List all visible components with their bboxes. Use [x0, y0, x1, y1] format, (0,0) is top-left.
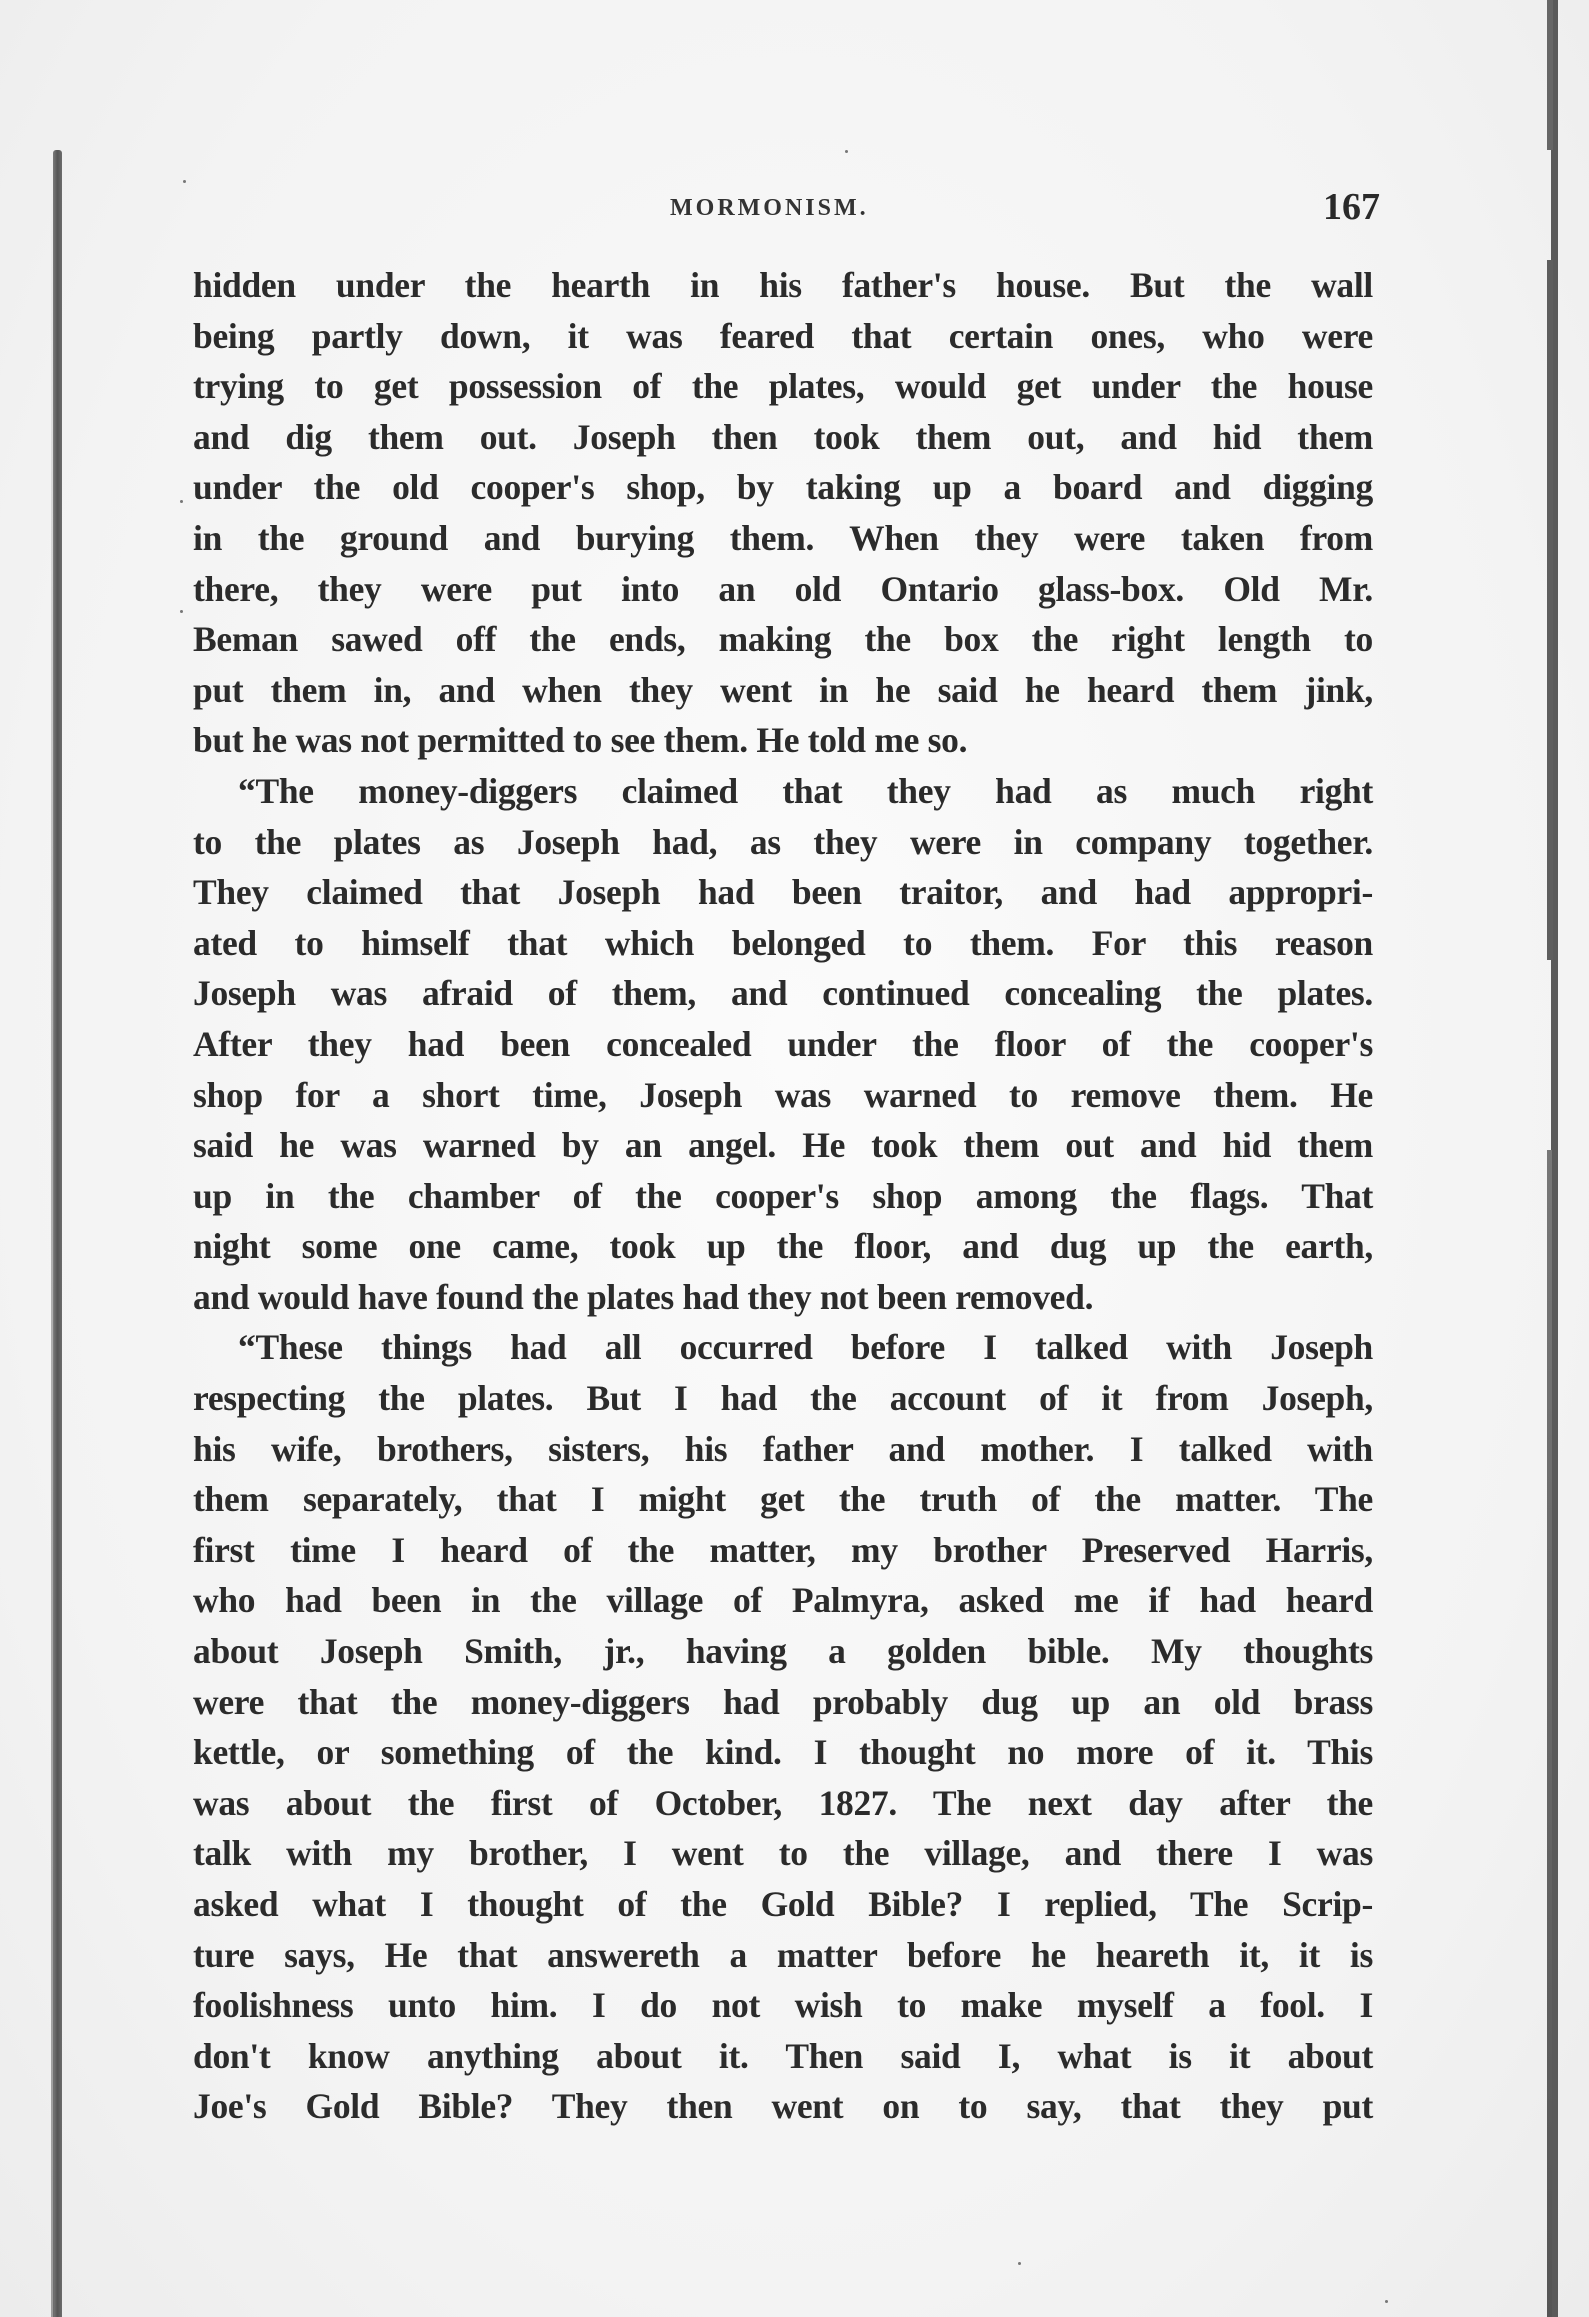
body-text: hidden under the hearth in his father's … — [193, 260, 1373, 2132]
text-line: shop for a short time, Joseph was warned… — [193, 1070, 1373, 1121]
text-line: about Joseph Smith, jr., having a golden… — [193, 1626, 1373, 1677]
text-line: “These things had all occurred before I … — [193, 1322, 1373, 1373]
text-line: under the old cooper's shop, by taking u… — [193, 462, 1373, 513]
left-page-edge-shadow — [53, 150, 62, 2317]
text-line: hidden under the hearth in his father's … — [193, 260, 1373, 311]
text-line: trying to get possession of the plates, … — [193, 361, 1373, 412]
text-line: in the ground and burying them. When the… — [193, 513, 1373, 564]
scan-speck — [1385, 2300, 1388, 2303]
scan-speck — [180, 500, 183, 503]
text-line: up in the chamber of the cooper's shop a… — [193, 1171, 1373, 1222]
text-line: “The money-diggers claimed that they had… — [193, 766, 1373, 817]
text-line: asked what I thought of the Gold Bible? … — [193, 1879, 1373, 1930]
text-line: there, they were put into an old Ontario… — [193, 564, 1373, 615]
text-line: After they had been concealed under the … — [193, 1019, 1373, 1070]
text-line: respecting the plates. But I had the acc… — [193, 1373, 1373, 1424]
right-spine-edge-fragment — [1547, 1150, 1552, 2317]
text-line: said he was warned by an angel. He took … — [193, 1120, 1373, 1171]
text-line: first time I heard of the matter, my bro… — [193, 1525, 1373, 1576]
text-line: being partly down, it was feared that ce… — [193, 311, 1373, 362]
text-line: They claimed that Joseph had been traito… — [193, 867, 1373, 918]
text-line: don't know anything about it. Then said … — [193, 2031, 1373, 2082]
right-spine-edge-fragment — [1547, 0, 1553, 150]
text-line: were that the money-diggers had probably… — [193, 1677, 1373, 1728]
text-line: Joseph was afraid of them, and continued… — [193, 968, 1373, 1019]
right-spine-edge-fragment — [1547, 260, 1553, 960]
text-line: his wife, brothers, sisters, his father … — [193, 1424, 1373, 1475]
running-title: MORMONISM. — [670, 195, 869, 222]
page-number: 167 — [1323, 185, 1380, 229]
text-line: ture says, He that answereth a matter be… — [193, 1930, 1373, 1981]
text-line: Beman sawed off the ends, making the box… — [193, 614, 1373, 665]
running-head: MORMONISM. 167 — [180, 185, 1380, 235]
text-line: Joe's Gold Bible? They then went on to s… — [193, 2081, 1373, 2132]
text-line: but he was not permitted to see them. He… — [193, 715, 1373, 766]
text-line: kettle, or something of the kind. I thou… — [193, 1727, 1373, 1778]
text-line: who had been in the village of Palmyra, … — [193, 1575, 1373, 1626]
scan-speck — [1018, 2262, 1021, 2265]
text-line: night some one came, took up the floor, … — [193, 1221, 1373, 1272]
scanned-book-page: MORMONISM. 167 hidden under the hearth i… — [0, 0, 1589, 2317]
scan-speck — [183, 180, 186, 183]
text-line: and would have found the plates had they… — [193, 1272, 1373, 1323]
text-line: put them in, and when they went in he sa… — [193, 665, 1373, 716]
text-line: foolishness unto him. I do not wish to m… — [193, 1980, 1373, 2031]
text-line: them separately, that I might get the tr… — [193, 1474, 1373, 1525]
text-line: to the plates as Joseph had, as they wer… — [193, 817, 1373, 868]
scan-speck — [845, 150, 848, 153]
scan-speck — [180, 610, 183, 613]
text-line: was about the first of October, 1827. Th… — [193, 1778, 1373, 1829]
text-line: and dig them out. Joseph then took them … — [193, 412, 1373, 463]
text-line: talk with my brother, I went to the vill… — [193, 1828, 1373, 1879]
text-line: ated to himself that which belonged to t… — [193, 918, 1373, 969]
